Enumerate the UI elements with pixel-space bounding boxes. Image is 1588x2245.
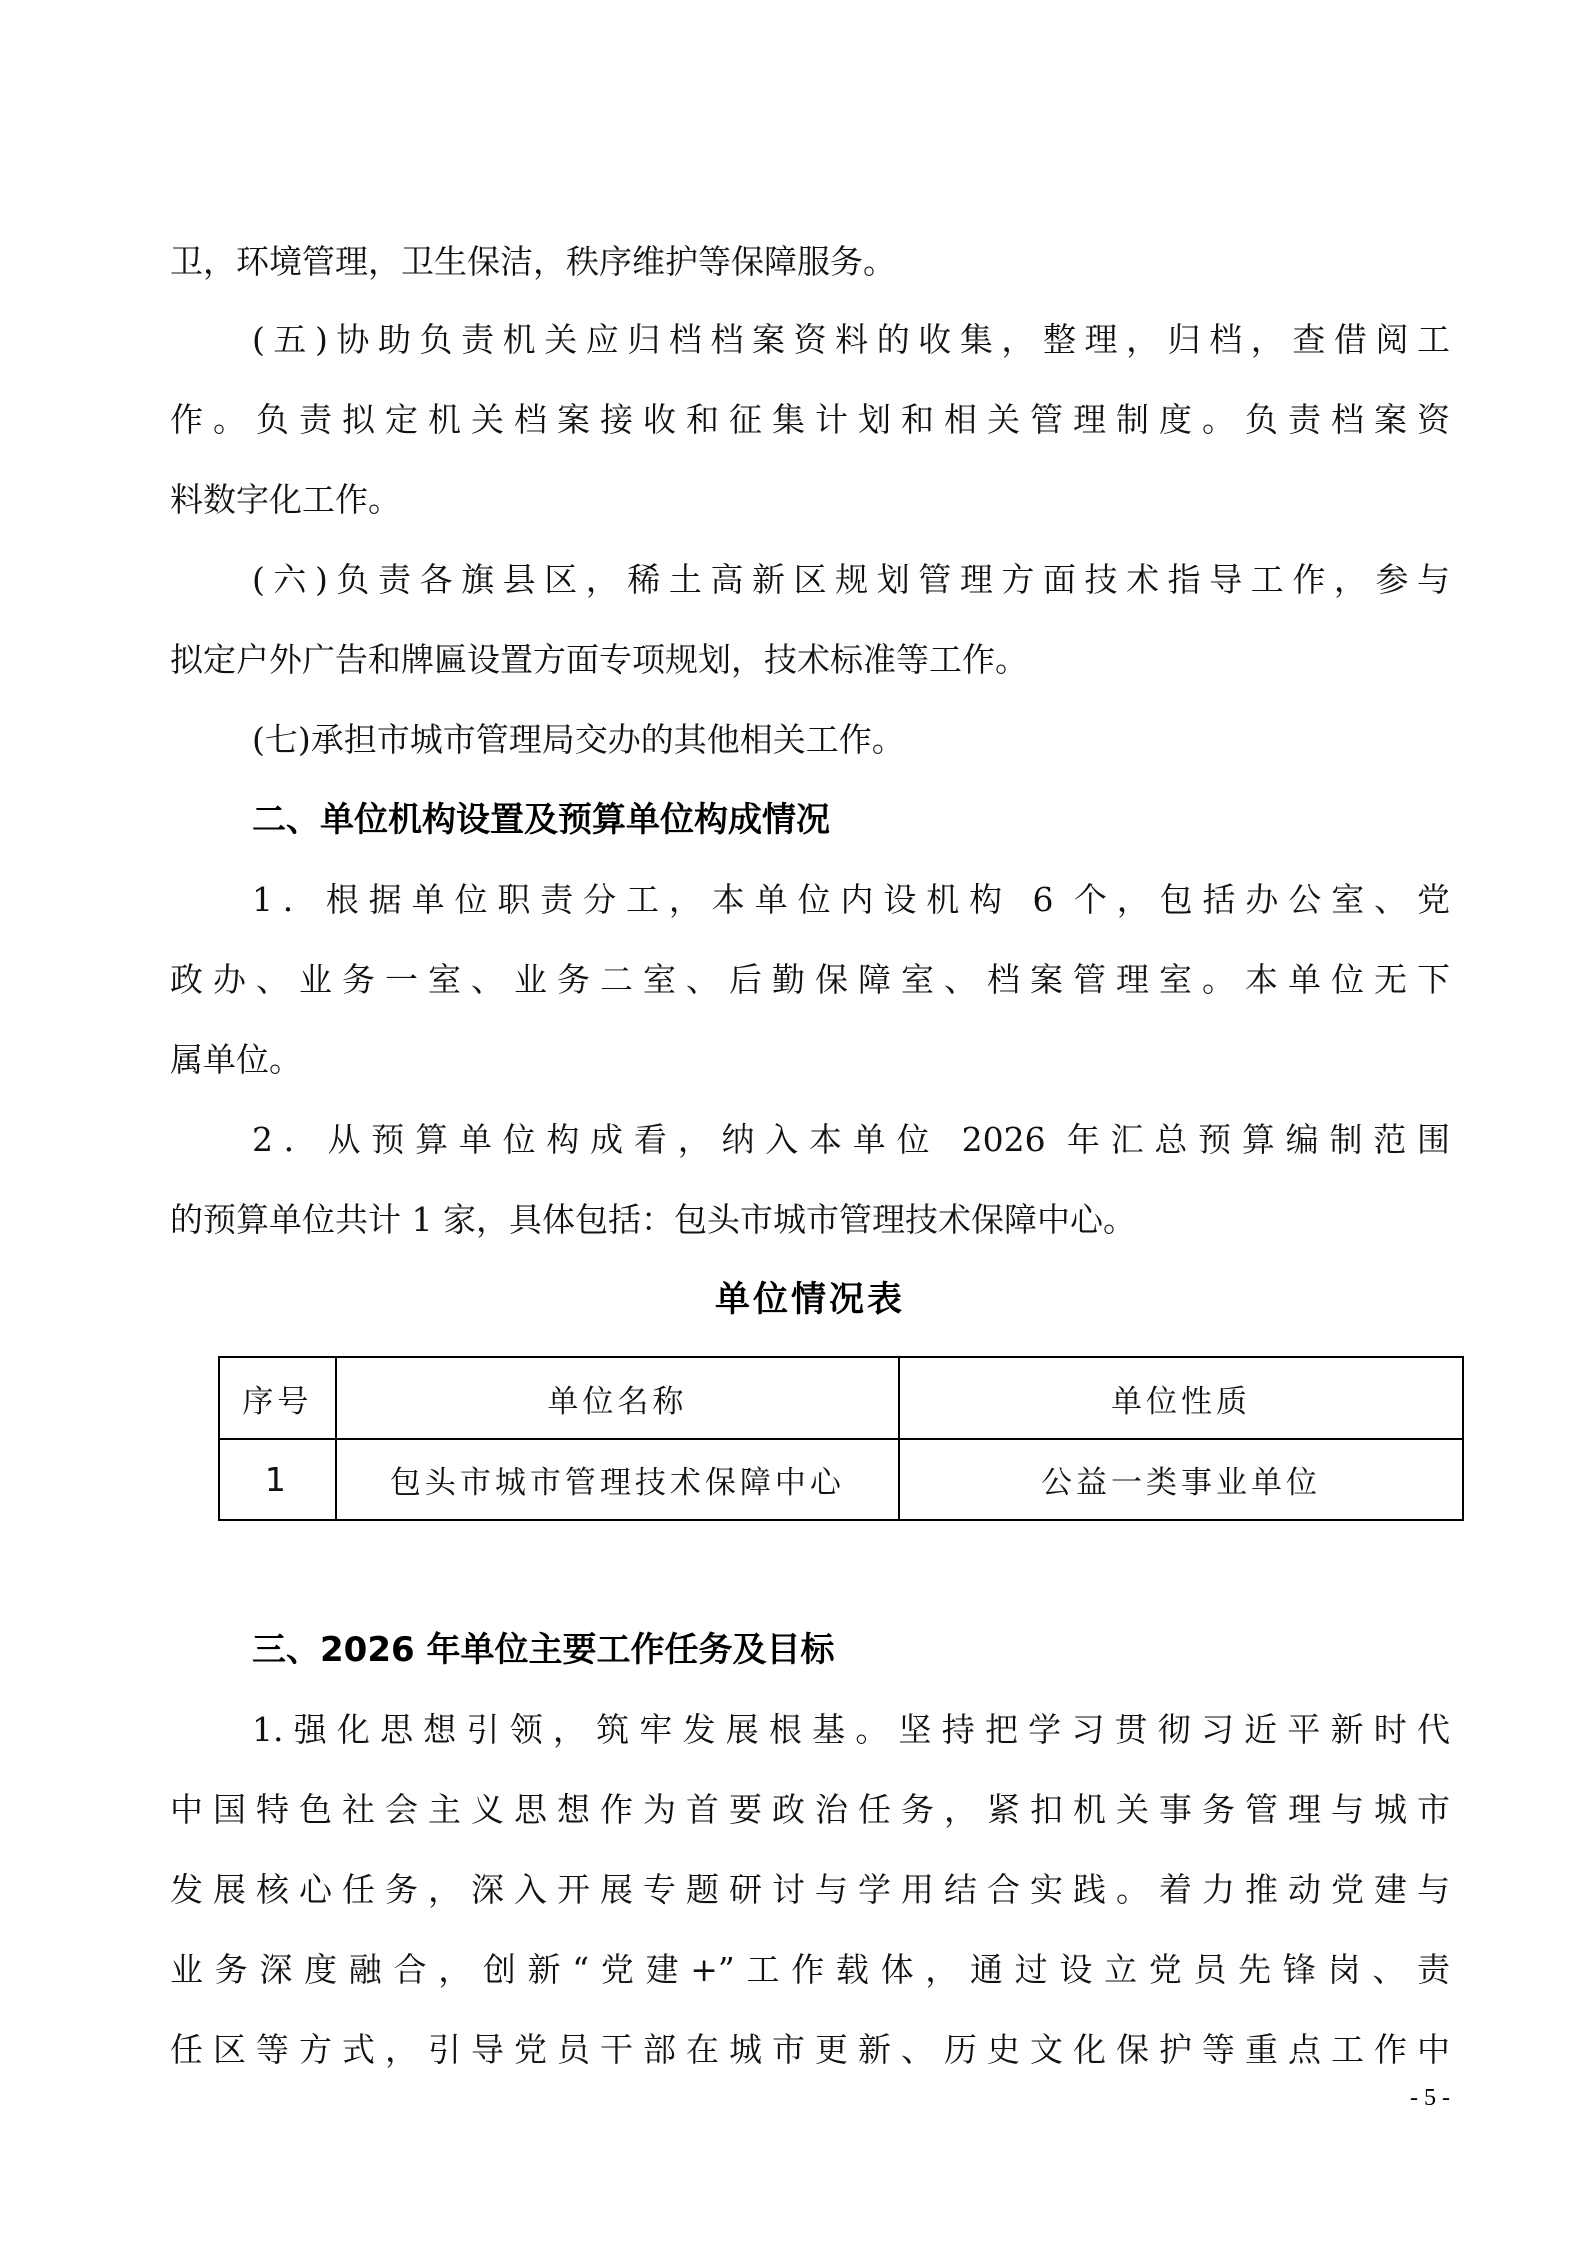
paragraph-line: 卫，环境管理，卫生保洁，秩序维护等保障服务。 xyxy=(170,232,1450,292)
paragraph-line: 属单位。 xyxy=(170,1030,1450,1090)
header-unit-name: 单位名称 xyxy=(336,1357,899,1439)
paragraph-line: 发展核心任务，深入开展专题研讨与学用结合实践。着力推动党建与 xyxy=(170,1860,1450,1920)
table-row: 1 包头市城市管理技术保障中心 公益一类事业单位 xyxy=(219,1439,1463,1520)
paragraph-line: 的预算单位共计 1 家，具体包括：包头市城市管理技术保障中心。 xyxy=(170,1190,1450,1250)
paragraph-line: (六)负责各旗县区，稀土高新区规划管理方面技术指导工作，参与 xyxy=(170,550,1450,610)
paragraph-line: 作。负责拟定机关档案接收和征集计划和相关管理制度。负责档案资 xyxy=(170,390,1450,450)
table-title: 单位情况表 xyxy=(170,1270,1450,1330)
paragraph-line: 中国特色社会主义思想作为首要政治任务，紧扣机关事务管理与城市 xyxy=(170,1780,1450,1840)
cell-unit-name: 包头市城市管理技术保障中心 xyxy=(336,1439,899,1520)
header-index: 序号 xyxy=(219,1357,336,1439)
page-number: - 5 - xyxy=(1400,2085,1460,2112)
table-header-row: 序号 单位名称 单位性质 xyxy=(219,1357,1463,1439)
paragraph-line: (五)协助负责机关应归档档案资料的收集，整理，归档，查借阅工 xyxy=(170,310,1450,370)
unit-info-table: 序号 单位名称 单位性质 1 包头市城市管理技术保障中心 公益一类事业单位 xyxy=(218,1356,1464,1521)
paragraph-line: (七)承担市城市管理局交办的其他相关工作。 xyxy=(170,710,1450,770)
paragraph-line: 政办、业务一室、业务二室、后勤保障室、档案管理室。本单位无下 xyxy=(170,950,1450,1010)
cell-index: 1 xyxy=(219,1439,336,1520)
section-heading: 三、2026 年单位主要工作任务及目标 xyxy=(170,1620,1450,1680)
paragraph-line: 料数字化工作。 xyxy=(170,470,1450,530)
paragraph-line: 拟定户外广告和牌匾设置方面专项规划，技术标准等工作。 xyxy=(170,630,1450,690)
paragraph-line: 1．根据单位职责分工，本单位内设机构 6 个，包括办公室、党 xyxy=(170,870,1450,930)
cell-unit-nature: 公益一类事业单位 xyxy=(899,1439,1463,1520)
document-page: 卫，环境管理，卫生保洁，秩序维护等保障服务。 (五)协助负责机关应归档档案资料的… xyxy=(0,0,1588,2245)
paragraph-line: 1.强化思想引领，筑牢发展根基。坚持把学习贯彻习近平新时代 xyxy=(170,1700,1450,1760)
section-heading: 二、单位机构设置及预算单位构成情况 xyxy=(170,790,1450,850)
paragraph-line: 2．从预算单位构成看，纳入本单位 2026 年汇总预算编制范围 xyxy=(170,1110,1450,1170)
header-unit-nature: 单位性质 xyxy=(899,1357,1463,1439)
paragraph-line: 业务深度融合，创新“党建+”工作载体，通过设立党员先锋岗、责 xyxy=(170,1940,1450,2000)
paragraph-line: 任区等方式，引导党员干部在城市更新、历史文化保护等重点工作中 xyxy=(170,2020,1450,2080)
